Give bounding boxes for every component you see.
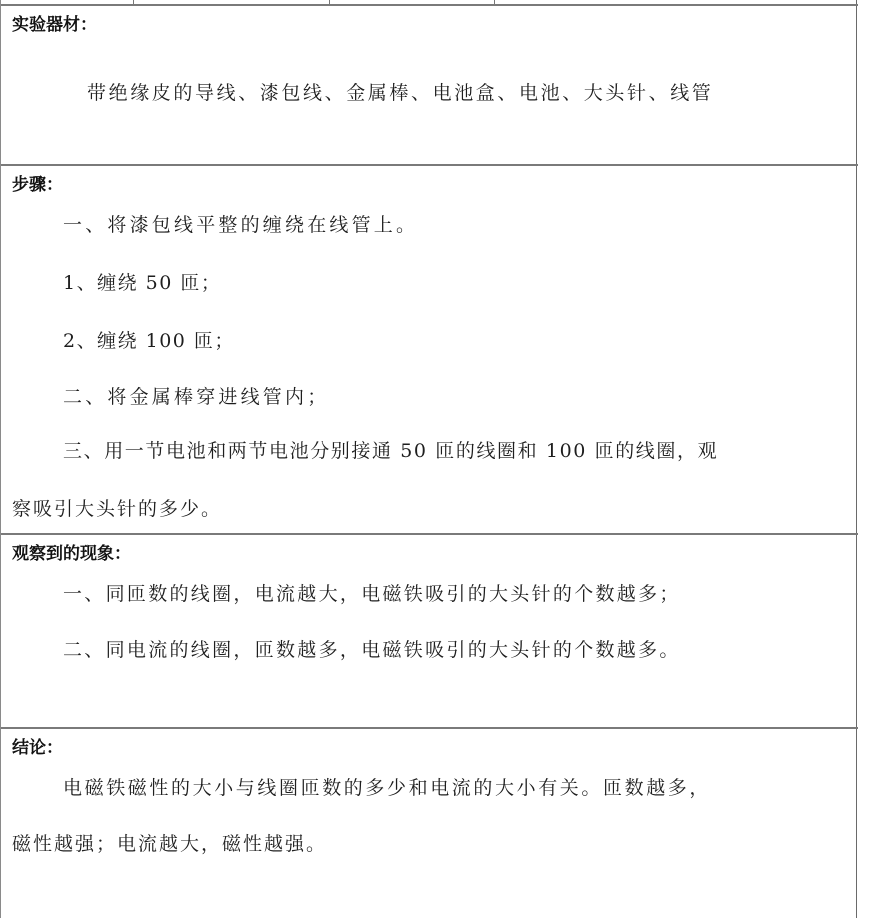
conclusion-cell: 结论： 电磁铁磁性的大小与线圈匝数的多少和电流的大小有关。匝数越多， 磁性越强；… bbox=[1, 729, 858, 918]
observation-line: 二、同电流的线圈，匝数越多，电磁铁吸引的大头针的个数越多。 bbox=[63, 635, 681, 662]
materials-list: 带绝缘皮的导线、漆包线、金属棒、电池盒、电池、大头针、线管 bbox=[87, 78, 713, 105]
step-line: 二、将金属棒穿进线管内； bbox=[63, 382, 329, 409]
step-line: 2、缠绕 100 匝； bbox=[63, 326, 235, 353]
step-line: 1、缠绕 50 匝； bbox=[63, 268, 221, 295]
materials-heading: 实验器材： bbox=[12, 10, 97, 35]
materials-cell: 实验器材： 带绝缘皮的导线、漆包线、金属棒、电池盒、电池、大头针、线管 bbox=[1, 6, 858, 164]
conclusion-line: 磁性越强；电流越大，磁性越强。 bbox=[12, 829, 327, 856]
step-line: 三、用一节电池和两节电池分别接通 50 匝的线圈和 100 匝的线圈，观 bbox=[63, 436, 718, 463]
observations-heading: 观察到的现象： bbox=[12, 539, 131, 564]
step-line: 察吸引大头针的多少。 bbox=[12, 494, 222, 521]
steps-cell: 步骤： 一、将漆包线平整的缠绕在线管上。 1、缠绕 50 匝； 2、缠绕 100… bbox=[1, 166, 858, 534]
observations-cell: 观察到的现象： 一、同匝数的线圈，电流越大，电磁铁吸引的大头针的个数越多； 二、… bbox=[1, 535, 858, 727]
experiment-table: 实验器材： 带绝缘皮的导线、漆包线、金属棒、电池盒、电池、大头针、线管 步骤： … bbox=[0, 0, 857, 918]
conclusion-line: 电磁铁磁性的大小与线圈匝数的多少和电流的大小有关。匝数越多， bbox=[63, 773, 711, 800]
conclusion-heading: 结论： bbox=[12, 733, 63, 758]
observation-line: 一、同匝数的线圈，电流越大，电磁铁吸引的大头针的个数越多； bbox=[63, 579, 681, 606]
steps-heading: 步骤： bbox=[12, 170, 63, 195]
step-line: 一、将漆包线平整的缠绕在线管上。 bbox=[63, 210, 418, 237]
